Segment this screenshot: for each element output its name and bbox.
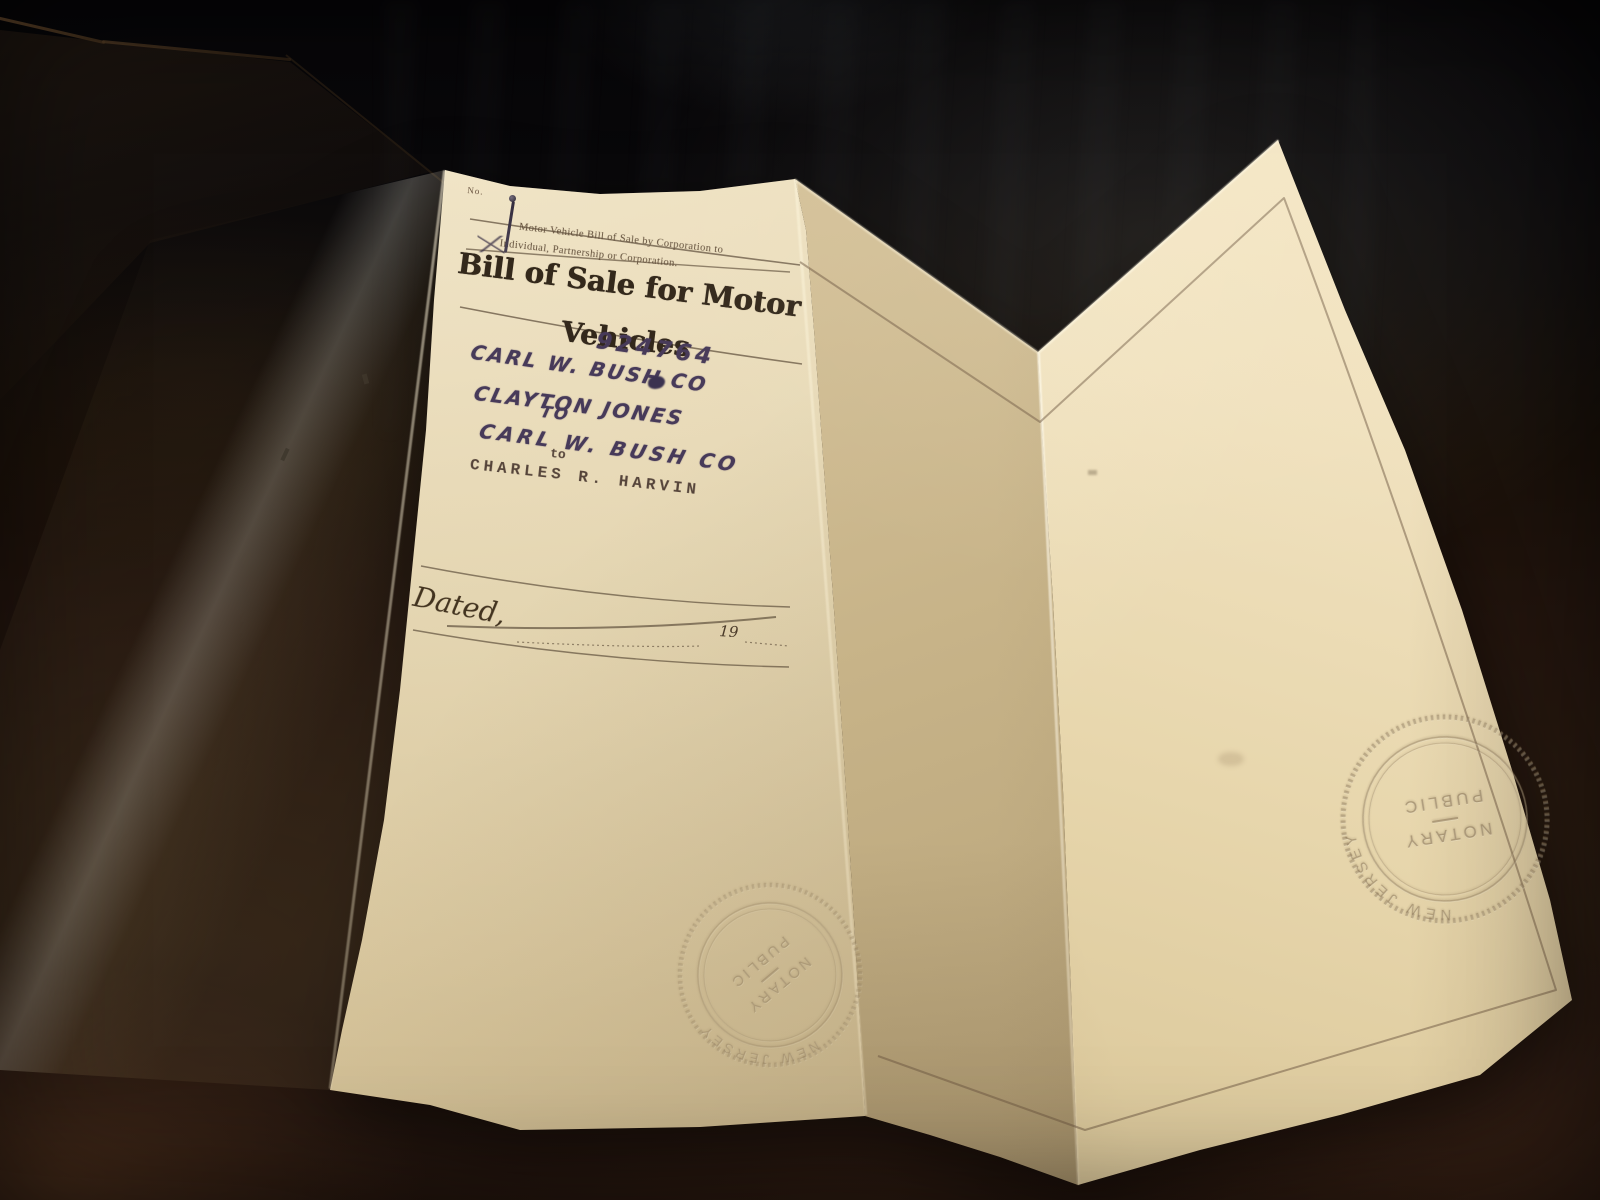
handwritten-to: TO [539, 402, 573, 424]
paper-stain [1218, 752, 1244, 766]
seal-center-text-2: PUBLIC [1400, 786, 1484, 818]
form-number-label: No. [467, 185, 484, 197]
folded-document: No. Motor Vehicle Bill of Sale by Corpor… [0, 0, 1600, 1200]
paper-fleck [1088, 470, 1097, 475]
photo-of-document: No. Motor Vehicle Bill of Sale by Corpor… [0, 0, 1600, 1200]
year-prefix: 19 [719, 622, 739, 641]
ink-cross-mark [476, 234, 505, 254]
seal-center-text-1: NOTARY [1402, 819, 1494, 852]
seal-center-dash [1432, 817, 1458, 823]
typed-connector: to [549, 446, 566, 463]
embossed-notary-seal: NEW JERSEY NOTARY PUBLIC [1323, 697, 1568, 942]
page-border-line [800, 198, 1556, 1130]
